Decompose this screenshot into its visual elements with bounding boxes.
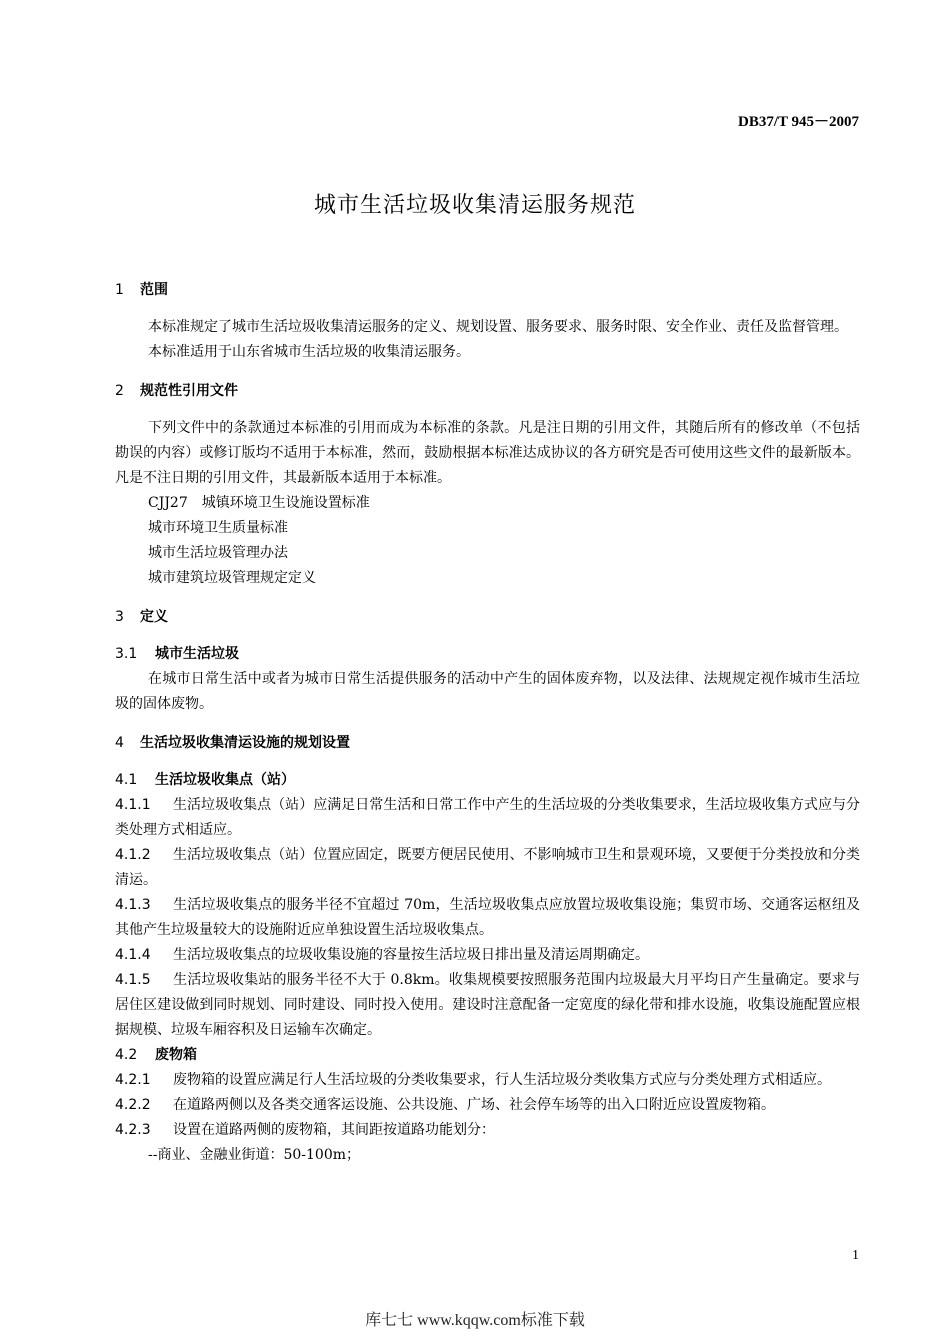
scope-paragraph-1: 本标准规定了城市生活垃圾收集清运服务的定义、规划设置、服务要求、服务时限、安全作…	[115, 315, 860, 340]
section-title: 生活垃圾收集清运设施的规划设置	[140, 735, 350, 751]
clause-number: 4.1.1	[115, 793, 173, 818]
subsection-heading-municipal-waste: 3.1城市生活垃圾	[115, 642, 860, 667]
clause-text: 生活垃圾收集点（站）位置应固定，既要方便居民使用、不影响城市卫生和景观环境，又要…	[115, 847, 860, 888]
subsection-title: 废物箱	[155, 1047, 197, 1063]
subsection-heading-collection-points: 4.1生活垃圾收集点（站）	[115, 768, 860, 793]
document-title: 城市生活垃圾收集清运服务规范	[0, 188, 950, 219]
clause-text: 废物箱的设置应满足行人生活垃圾的分类收集要求，行人生活垃圾分类收集方式应与分类处…	[173, 1072, 831, 1088]
watermark-footer: 库七七 www.kqqw.com标准下载	[0, 1307, 950, 1330]
reference-item: 城市环境卫生质量标准	[115, 516, 860, 541]
clause-number: 4.1.3	[115, 893, 173, 918]
section-number: 4	[115, 731, 140, 756]
clause: 4.1.2生活垃圾收集点（站）位置应固定，既要方便居民使用、不影响城市卫生和景观…	[115, 843, 860, 893]
subsection-heading-waste-bins: 4.2废物箱	[115, 1043, 860, 1068]
section-title: 定义	[140, 609, 168, 625]
clause-text: 生活垃圾收集站的服务半径不大于 0.8km。收集规模要按照服务范围内垃圾最大月平…	[115, 972, 860, 1038]
clause-number: 4.1.2	[115, 843, 173, 868]
clause: 4.1.5生活垃圾收集站的服务半径不大于 0.8km。收集规模要按照服务范围内垃…	[115, 968, 860, 1043]
scope-paragraph-2: 本标准适用于山东省城市生活垃圾的收集清运服务。	[115, 340, 860, 365]
clause-number: 4.2.3	[115, 1118, 173, 1143]
clause-number: 4.1.5	[115, 968, 173, 993]
reference-item: CJJ27 城镇环境卫生设施设置标准	[115, 491, 860, 516]
section-title: 范围	[140, 282, 168, 298]
clause-number: 4.1.4	[115, 943, 173, 968]
subsection-title: 城市生活垃圾	[155, 646, 239, 662]
clause-number: 4.2.2	[115, 1093, 173, 1118]
references-paragraph: 下列文件中的条款通过本标准的引用而成为本标准的条款。凡是注日期的引用文件，其随后…	[115, 416, 860, 491]
section-number: 2	[115, 379, 140, 404]
section-heading-normative-references: 2规范性引用文件	[115, 379, 860, 404]
clause: 4.1.1生活垃圾收集点（站）应满足日常生活和日常工作中产生的生活垃圾的分类收集…	[115, 793, 860, 843]
section-number: 3	[115, 605, 140, 630]
clause-text: 设置在道路两侧的废物箱，其间距按道路功能划分：	[173, 1122, 495, 1138]
clause-text: 生活垃圾收集点的垃圾收集设施的容量按生活垃圾日排出量及清运周期确定。	[173, 947, 649, 963]
clause-text: 生活垃圾收集点（站）应满足日常生活和日常工作中产生的生活垃圾的分类收集要求，生活…	[115, 797, 860, 838]
section-number: 1	[115, 278, 140, 303]
clause-text: 在道路两侧以及各类交通客运设施、公共设施、广场、社会停车场等的出入口附近应设置废…	[173, 1097, 775, 1113]
section-heading-scope: 1范围	[115, 278, 860, 303]
reference-item: 城市生活垃圾管理办法	[115, 541, 860, 566]
clause: 4.2.1废物箱的设置应满足行人生活垃圾的分类收集要求，行人生活垃圾分类收集方式…	[115, 1068, 860, 1093]
subsection-number: 3.1	[115, 642, 155, 667]
section-title: 规范性引用文件	[140, 383, 238, 399]
standard-number: DB37/T 945－2007	[738, 110, 859, 131]
section-heading-facility-planning: 4生活垃圾收集清运设施的规划设置	[115, 731, 860, 756]
subsection-number: 4.1	[115, 768, 155, 793]
clause: 4.2.2在道路两侧以及各类交通客运设施、公共设施、广场、社会停车场等的出入口附…	[115, 1093, 860, 1118]
subsection-title: 生活垃圾收集点（站）	[155, 772, 295, 788]
reference-item: 城市建筑垃圾管理规定定义	[115, 566, 860, 591]
clause: 4.2.3设置在道路两侧的废物箱，其间距按道路功能划分：	[115, 1118, 860, 1143]
definition-paragraph: 在城市日常生活中或者为城市日常生活提供服务的活动中产生的固体废弃物，以及法律、法…	[115, 667, 860, 717]
clause: 4.1.3生活垃圾收集点的服务半径不宜超过 70m，生活垃圾收集点应放置垃圾收集…	[115, 893, 860, 943]
list-item: --商业、金融业街道：50-100m；	[115, 1143, 860, 1168]
clause-number: 4.2.1	[115, 1068, 173, 1093]
page-number: 1	[852, 1248, 859, 1264]
clause-text: 生活垃圾收集点的服务半径不宜超过 70m，生活垃圾收集点应放置垃圾收集设施；集贸…	[115, 897, 860, 938]
section-heading-definitions: 3定义	[115, 605, 860, 630]
document-body: 1范围 本标准规定了城市生活垃圾收集清运服务的定义、规划设置、服务要求、服务时限…	[115, 278, 860, 1168]
subsection-number: 4.2	[115, 1043, 155, 1068]
clause: 4.1.4生活垃圾收集点的垃圾收集设施的容量按生活垃圾日排出量及清运周期确定。	[115, 943, 860, 968]
